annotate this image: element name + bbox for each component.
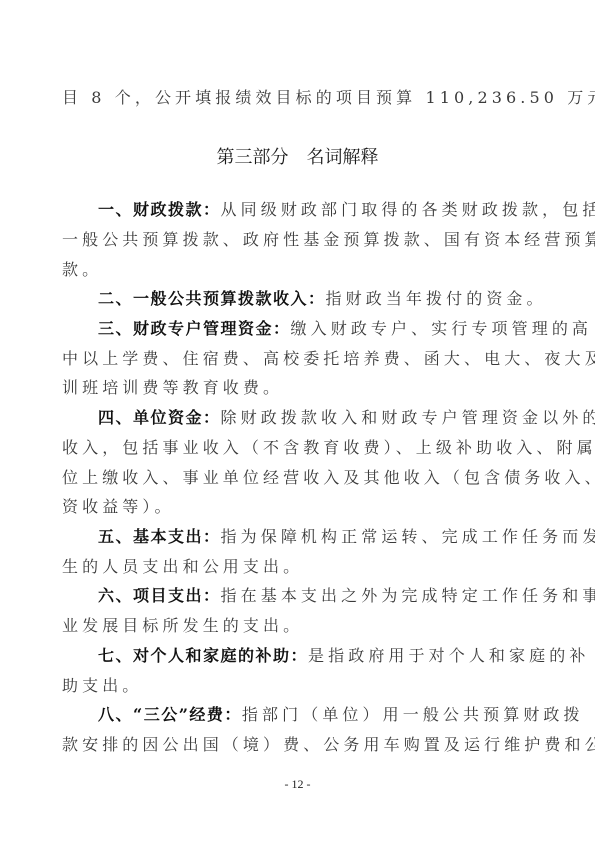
definition-term: 四、单位资金： (98, 408, 221, 427)
definition-text: 从同级财政部门取得的各类财政拨款，包括 (221, 200, 595, 219)
definition-term: 三、财政专户管理资金： (98, 319, 291, 338)
definition-first-line: 八、“三公”经费：指部门（单位）用一般公共预算财政拨 (98, 705, 514, 725)
definition-first-line: 七、对个人和家庭的补助：是指政府用于对个人和家庭的补 (98, 646, 514, 666)
definition-text: 资收益等）。 (62, 497, 514, 517)
definition-text: 位上缴收入、事业单位经营收入及其他收入（包含债务收入、投 (62, 468, 514, 488)
definition-text: 指财政当年拨付的资金。 (326, 289, 547, 308)
definition-first-line: 三、财政专户管理资金：缴入财政专户、实行专项管理的高 (98, 319, 514, 339)
continuation-paragraph: 目 8 个，公开填报绩效目标的项目预算 110,236.50 万元。 (62, 88, 514, 108)
definition-text: 除财政拨款收入和财政专户管理资金以外的 (221, 408, 595, 427)
definition-first-line: 四、单位资金：除财政拨款收入和财政专户管理资金以外的 (98, 408, 514, 428)
section-title: 第三部分名词解释 (0, 146, 595, 170)
definition-text: 指为保障机构正常运转、完成工作任务而发 (221, 527, 595, 546)
definition-text: 训班培训费等教育收费。 (62, 378, 514, 398)
definition-text: 业发展目标所发生的支出。 (62, 616, 514, 636)
definition-text: 指部门（单位）用一般公共预算财政拨 (242, 705, 584, 724)
definition-first-line: 六、项目支出：指在基本支出之外为完成特定工作任务和事 (98, 586, 514, 606)
continuation-text: 目 8 个，公开填报绩效目标的项目预算 110,236.50 万元。 (62, 88, 595, 107)
definition-term: 二、一般公共预算拨款收入： (98, 289, 326, 308)
definition-first-line: 五、基本支出：指为保障机构正常运转、完成工作任务而发 (98, 527, 514, 547)
page-number: - 12 - (0, 777, 595, 792)
definition-text: 收入，包括事业收入（不含教育收费）、上级补助收入、附属单 (62, 438, 514, 458)
definition-text: 助支出。 (62, 676, 514, 696)
definition-text: 缴入财政专户、实行专项管理的高 (291, 319, 593, 338)
section-part-label: 第三部分 (217, 147, 289, 168)
definition-text: 一般公共预算拨款、政府性基金预算拨款、国有资本经营预算拨 (62, 230, 514, 250)
definition-term: 七、对个人和家庭的补助： (98, 646, 308, 665)
definition-first-line: 一、财政拨款：从同级财政部门取得的各类财政拨款，包括 (98, 200, 514, 220)
definition-term: 八、“三公”经费： (98, 705, 242, 724)
definition-text: 中以上学费、住宿费、高校委托培养费、函大、电大、夜大及短 (62, 349, 514, 369)
document-page: 目 8 个，公开填报绩效目标的项目预算 110,236.50 万元。 第三部分名… (0, 0, 595, 841)
section-name-label: 名词解释 (307, 147, 379, 168)
definition-term: 一、财政拨款： (98, 200, 221, 219)
definition-term: 六、项目支出： (98, 586, 221, 605)
definition-first-line: 二、一般公共预算拨款收入：指财政当年拨付的资金。 (98, 289, 514, 309)
definition-term: 五、基本支出： (98, 527, 221, 546)
definition-text: 款。 (62, 260, 514, 280)
definition-text: 款安排的因公出国（境）费、公务用车购置及运行维护费和公务 (62, 735, 514, 755)
definition-text: 是指政府用于对个人和家庭的补 (308, 646, 589, 665)
definition-text: 生的人员支出和公用支出。 (62, 557, 514, 577)
definition-text: 指在基本支出之外为完成特定工作任务和事 (221, 586, 595, 605)
